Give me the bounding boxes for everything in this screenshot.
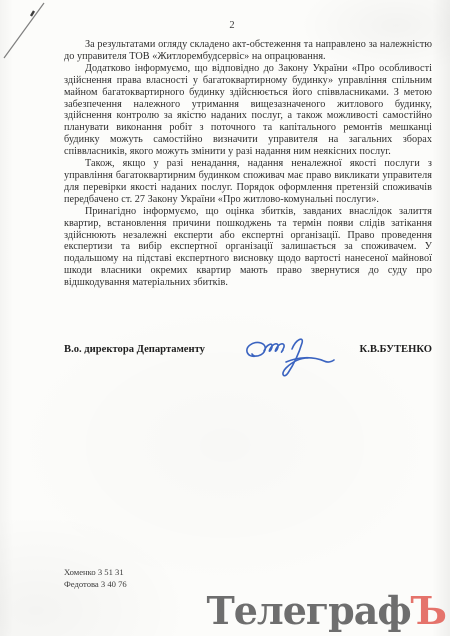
scanned-letter-page: 2 За результатами огляду складено акт-об… [0, 0, 450, 636]
signer-title: В.о. директора Департаменту [64, 344, 205, 355]
contact-phones: Хоменко 3 51 31 Федотова 3 40 76 [64, 566, 127, 590]
contact-line: Хоменко 3 51 31 [64, 566, 127, 578]
paragraph: Додатково інформуємо, що відповідно до З… [64, 63, 432, 158]
letter-body: За результатами огляду складено акт-обст… [64, 39, 432, 289]
watermark-main: Телеграф [206, 588, 410, 633]
signer-name: К.В.БУТЕНКО [360, 344, 432, 355]
contact-line: Федотова 3 40 76 [64, 578, 127, 590]
signature-block: В.о. директора Департаменту К.В.БУТЕНКО [64, 344, 432, 355]
paragraph: Принагідно інформуємо, що оцінка збитків… [64, 206, 432, 289]
watermark-accent: Ъ [411, 588, 446, 633]
scan-fold-line [0, 0, 60, 70]
telegraf-watermark-logo: ТелеграфЪ [206, 592, 446, 630]
paragraph: Також, якщо у разі ненадання, надання не… [64, 158, 432, 206]
paragraph: За результатами огляду складено акт-обст… [64, 39, 432, 63]
handwritten-signature [242, 334, 342, 386]
page-number: 2 [0, 20, 450, 31]
